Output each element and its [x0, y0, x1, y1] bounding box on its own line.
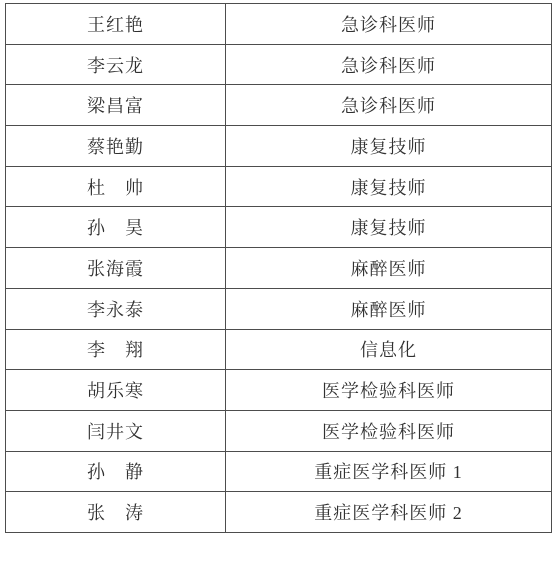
name-cell: 蔡艳勤	[6, 126, 226, 167]
name-cell: 梁昌富	[6, 85, 226, 126]
name-cell: 闫井文	[6, 410, 226, 451]
table-row: 李 翔 信息化	[6, 329, 552, 370]
table-row: 张 涛 重症医学科医师 2	[6, 492, 552, 533]
table-row: 闫井文 医学检验科医师	[6, 410, 552, 451]
title-cell: 急诊科医师	[226, 44, 552, 85]
table-row: 胡乐寒 医学检验科医师	[6, 370, 552, 411]
name-cell: 李云龙	[6, 44, 226, 85]
table-row: 孙 昊 康复技师	[6, 207, 552, 248]
staff-table: 王红艳 急诊科医师 李云龙 急诊科医师 梁昌富 急诊科医师 蔡艳勤 康复技师 杜…	[5, 3, 552, 533]
table-row: 张海霞 麻醉医师	[6, 248, 552, 289]
title-cell: 医学检验科医师	[226, 370, 552, 411]
title-cell: 康复技师	[226, 207, 552, 248]
title-cell: 急诊科医师	[226, 85, 552, 126]
table-row: 蔡艳勤 康复技师	[6, 126, 552, 167]
name-cell: 张 涛	[6, 492, 226, 533]
title-cell: 麻醉医师	[226, 288, 552, 329]
staff-table-body: 王红艳 急诊科医师 李云龙 急诊科医师 梁昌富 急诊科医师 蔡艳勤 康复技师 杜…	[6, 4, 552, 533]
title-cell: 康复技师	[226, 166, 552, 207]
title-cell: 康复技师	[226, 126, 552, 167]
name-cell: 李 翔	[6, 329, 226, 370]
table-row: 孙 静 重症医学科医师 1	[6, 451, 552, 492]
title-cell: 麻醉医师	[226, 248, 552, 289]
name-cell: 孙 静	[6, 451, 226, 492]
table-row: 梁昌富 急诊科医师	[6, 85, 552, 126]
table-row: 王红艳 急诊科医师	[6, 4, 552, 45]
name-cell: 李永泰	[6, 288, 226, 329]
title-cell: 重症医学科医师 1	[226, 451, 552, 492]
table-row: 李永泰 麻醉医师	[6, 288, 552, 329]
table-row: 杜 帅 康复技师	[6, 166, 552, 207]
name-cell: 杜 帅	[6, 166, 226, 207]
page: { "colors": { "background": "#ffffff", "…	[0, 0, 560, 575]
table-row: 李云龙 急诊科医师	[6, 44, 552, 85]
title-cell: 急诊科医师	[226, 4, 552, 45]
title-cell: 医学检验科医师	[226, 410, 552, 451]
title-cell: 重症医学科医师 2	[226, 492, 552, 533]
name-cell: 胡乐寒	[6, 370, 226, 411]
name-cell: 张海霞	[6, 248, 226, 289]
title-cell: 信息化	[226, 329, 552, 370]
name-cell: 孙 昊	[6, 207, 226, 248]
name-cell: 王红艳	[6, 4, 226, 45]
